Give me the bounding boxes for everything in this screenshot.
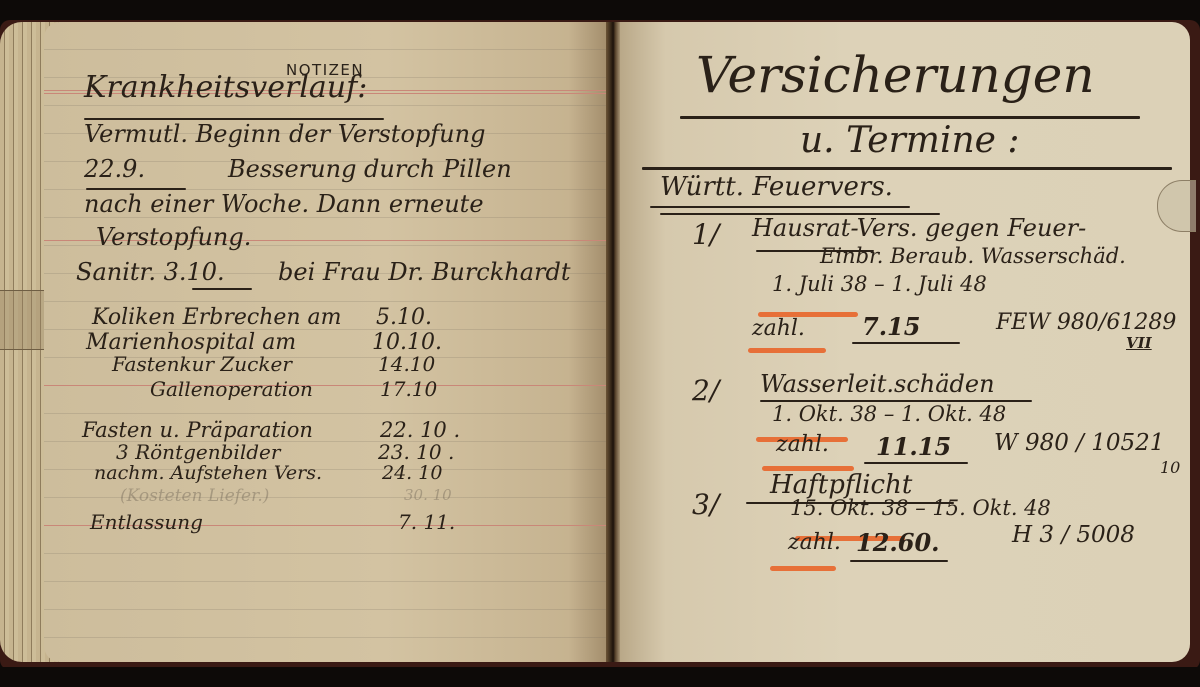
timeline-date: 5.10. [376,305,432,330]
timeline-date: 22. 10 . [380,418,460,442]
red-rule [44,385,614,386]
timeline-event: Fasten u. Präparation [82,418,313,442]
timeline-date: 14.10 [378,352,435,376]
note-line: nach einer Woche. Dann erneute [84,190,484,218]
item-period: 1. Juli 38 – 1. Juli 48 [772,272,987,296]
left-page-title: Krankheitsverlauf: [84,70,367,105]
note-line: bei Frau Dr. Burckhardt [278,258,571,286]
item-period: 15. Okt. 38 – 15. Okt. 48 [790,496,1051,520]
timeline-event: Entlassung [90,510,203,534]
orange-highlight [748,348,826,353]
right-page-title: Versicherungen [696,46,1095,104]
timeline-event-faint: (Kosteten Liefer.) [120,486,269,506]
policy-number: W 980 / 10521 [994,430,1164,456]
section-heading: Württ. Feuervers. [660,172,893,202]
payment-label: zahl. [752,316,805,341]
item-number: 3/ [692,488,719,521]
timeline-date: 7. 11. [398,510,455,534]
timeline-date: 24. 10 [382,462,442,484]
background-edge [0,667,1200,687]
timeline-date-faint: 30. 10 [404,486,452,504]
note-line: Vermutl. Beginn der Verstopfung [84,120,485,148]
payment-amount: 11.15 [876,432,951,461]
right-page-subtitle: u. Termine : [800,120,1020,161]
orange-highlight [770,566,836,571]
note-line: Verstopfung. [96,223,251,251]
note-date: Sanitr. 3.10. [76,258,225,286]
note-date: 22.9. [84,155,145,183]
item-number: 1/ [692,218,719,251]
timeline-event: Koliken Erbrechen am [92,305,342,330]
title-underline [680,116,1140,119]
timeline-date: 23. 10 . [378,440,454,464]
policy-number: FEW 980/61289 [996,310,1176,335]
section-underline [650,206,910,208]
policy-suffix: VII [1126,334,1152,352]
payment-label: zahl. [776,432,829,457]
item-name-continued: Einbr. Beraub. Wasserschäd. [820,244,1126,268]
amount-underline [852,342,960,344]
timeline-event: Fastenkur Zucker [112,352,292,376]
payment-amount: 12.60. [856,528,940,557]
timeline-event: Gallenoperation [150,377,313,401]
note-line: Besserung durch Pillen [228,155,512,183]
item-number: 2/ [692,374,719,407]
index-tab-right[interactable] [1157,180,1196,232]
payment-amount: 7.15 [862,312,920,341]
item-name: Hausrat-Vers. gegen Feuer- [752,214,1086,242]
item-name: Wasserleit.schäden [760,370,995,398]
amount-underline [864,462,968,464]
amount-underline [850,560,948,562]
timeline-event: nachm. Aufstehen Vers. [94,462,322,484]
timeline-event: 3 Röntgenbilder [116,440,280,464]
policy-suffix: 10 [1160,458,1180,477]
subtitle-underline [642,167,1172,170]
date-underline [192,288,252,290]
item-period: 1. Okt. 38 – 1. Okt. 48 [772,402,1006,426]
payment-label: zahl. [788,530,841,555]
policy-number: H 3 / 5008 [1012,522,1135,548]
timeline-date: 17.10 [380,377,437,401]
